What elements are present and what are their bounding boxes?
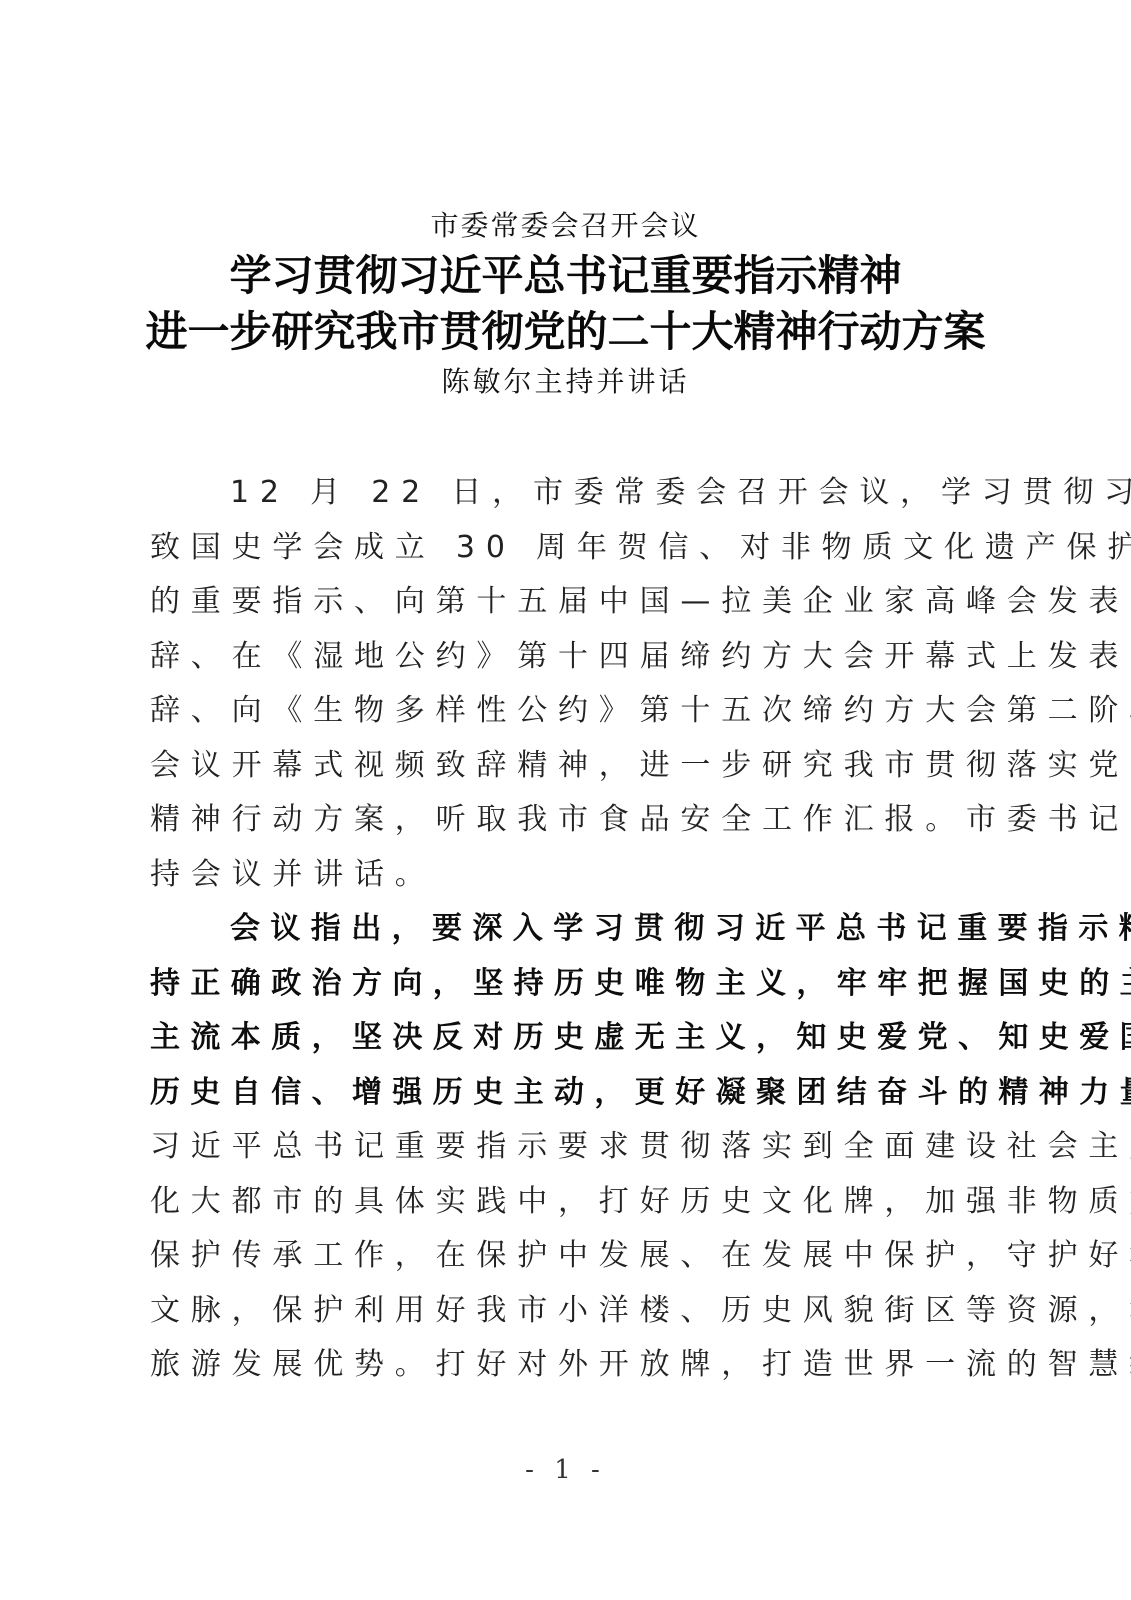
paragraph-1-line: 12 月 22 日，市委常委会召开会议，学习贯彻习近平总书记 [150,466,990,521]
normal-text: 保护传承工作，在保护中发展、在发展中保护，守护好城市历史 [150,1238,1131,1273]
emphasis-text: 历史自信、增强历史主动，更好凝聚团结奋斗的精神力量。 [150,1075,1131,1110]
normal-text: 化大都市的具体实践中，打好历史文化牌，加强非物质文化遗产 [150,1184,1131,1219]
paragraph-2-line: 化大都市的具体实践中，打好历史文化牌，加强非物质文化遗产 [150,1175,990,1230]
normal-text: 文脉，保护利用好我市小洋楼、历史风貌街区等资源，增强文化 [150,1293,1131,1328]
document-page: 市委常委会召开会议 学习贯彻习近平总书记重要指示精神 进一步研究我市贯彻党的二十… [0,0,1131,1600]
emphasis-text: 会议指出，要深入学习贯彻习近平总书记重要指示精神，坚 [230,911,1131,946]
paragraph-2-line: 持正确政治方向，坚持历史唯物主义，牢牢把握国史的主题主线、 [150,957,990,1012]
paragraph-1-line: 会议开幕式视频致辞精神，进一步研究我市贯彻落实党的二十大 [150,739,990,794]
paragraph-1-line: 辞、在《湿地公约》第十四届缔约方大会开幕式上发表的视频致 [150,630,990,685]
paragraph-1-line: 持会议并讲话。 [150,848,990,903]
paragraph-1-line: 辞、向《生物多样性公约》第十五次缔约方大会第二阶段高级别 [150,684,990,739]
paragraph-1-line: 精神行动方案，听取我市食品安全工作汇报。市委书记陈敏尔主 [150,793,990,848]
paragraph-2-line: 保护传承工作，在保护中发展、在发展中保护，守护好城市历史 [150,1229,990,1284]
article-body: 12 月 22 日，市委常委会召开会议，学习贯彻习近平总书记 致国史学会成立 3… [150,466,990,1393]
paragraph-2-line: 会议指出，要深入学习贯彻习近平总书记重要指示精神，坚 [150,902,990,957]
paragraph-2-line: 主流本质，坚决反对历史虚无主义，知史爱党、知史爱国，坚定 [150,1011,990,1066]
article-kicker: 市委常委会召开会议 [0,206,1131,246]
article-subhead: 陈敏尔主持并讲话 [0,362,1131,402]
page-number: - 1 - [0,1455,1131,1485]
emphasis-text: 主流本质，坚决反对历史虚无主义，知史爱党、知史爱国，坚定 [150,1020,1131,1055]
paragraph-2-line: 历史自信、增强历史主动，更好凝聚团结奋斗的精神力量。要将 [150,1066,990,1121]
normal-text: 旅游发展优势。打好对外开放牌，打造世界一流的智慧绿色港口， [150,1347,1131,1382]
paragraph-1-line: 致国史学会成立 30 周年贺信、对非物质文化遗产保护工作作出 [150,521,990,576]
paragraph-1-line: 的重要指示、向第十五届中国—拉美企业家高峰会发表的书面致 [150,575,990,630]
paragraph-2-line: 习近平总书记重要指示要求贯彻落实到全面建设社会主义现代 [150,1120,990,1175]
headline-line-2: 进一步研究我市贯彻党的二十大精神行动方案 [0,304,1131,360]
paragraph-2-line: 文脉，保护利用好我市小洋楼、历史风貌街区等资源，增强文化 [150,1284,990,1339]
paragraph-2-line: 旅游发展优势。打好对外开放牌，打造世界一流的智慧绿色港口， [150,1338,990,1393]
emphasis-text: 持正确政治方向，坚持历史唯物主义，牢牢把握国史的主题主线、 [150,966,1131,1001]
normal-text: 习近平总书记重要指示要求贯彻落实到全面建设社会主义现代 [150,1129,1131,1164]
headline-line-1: 学习贯彻习近平总书记重要指示精神 [0,248,1131,304]
